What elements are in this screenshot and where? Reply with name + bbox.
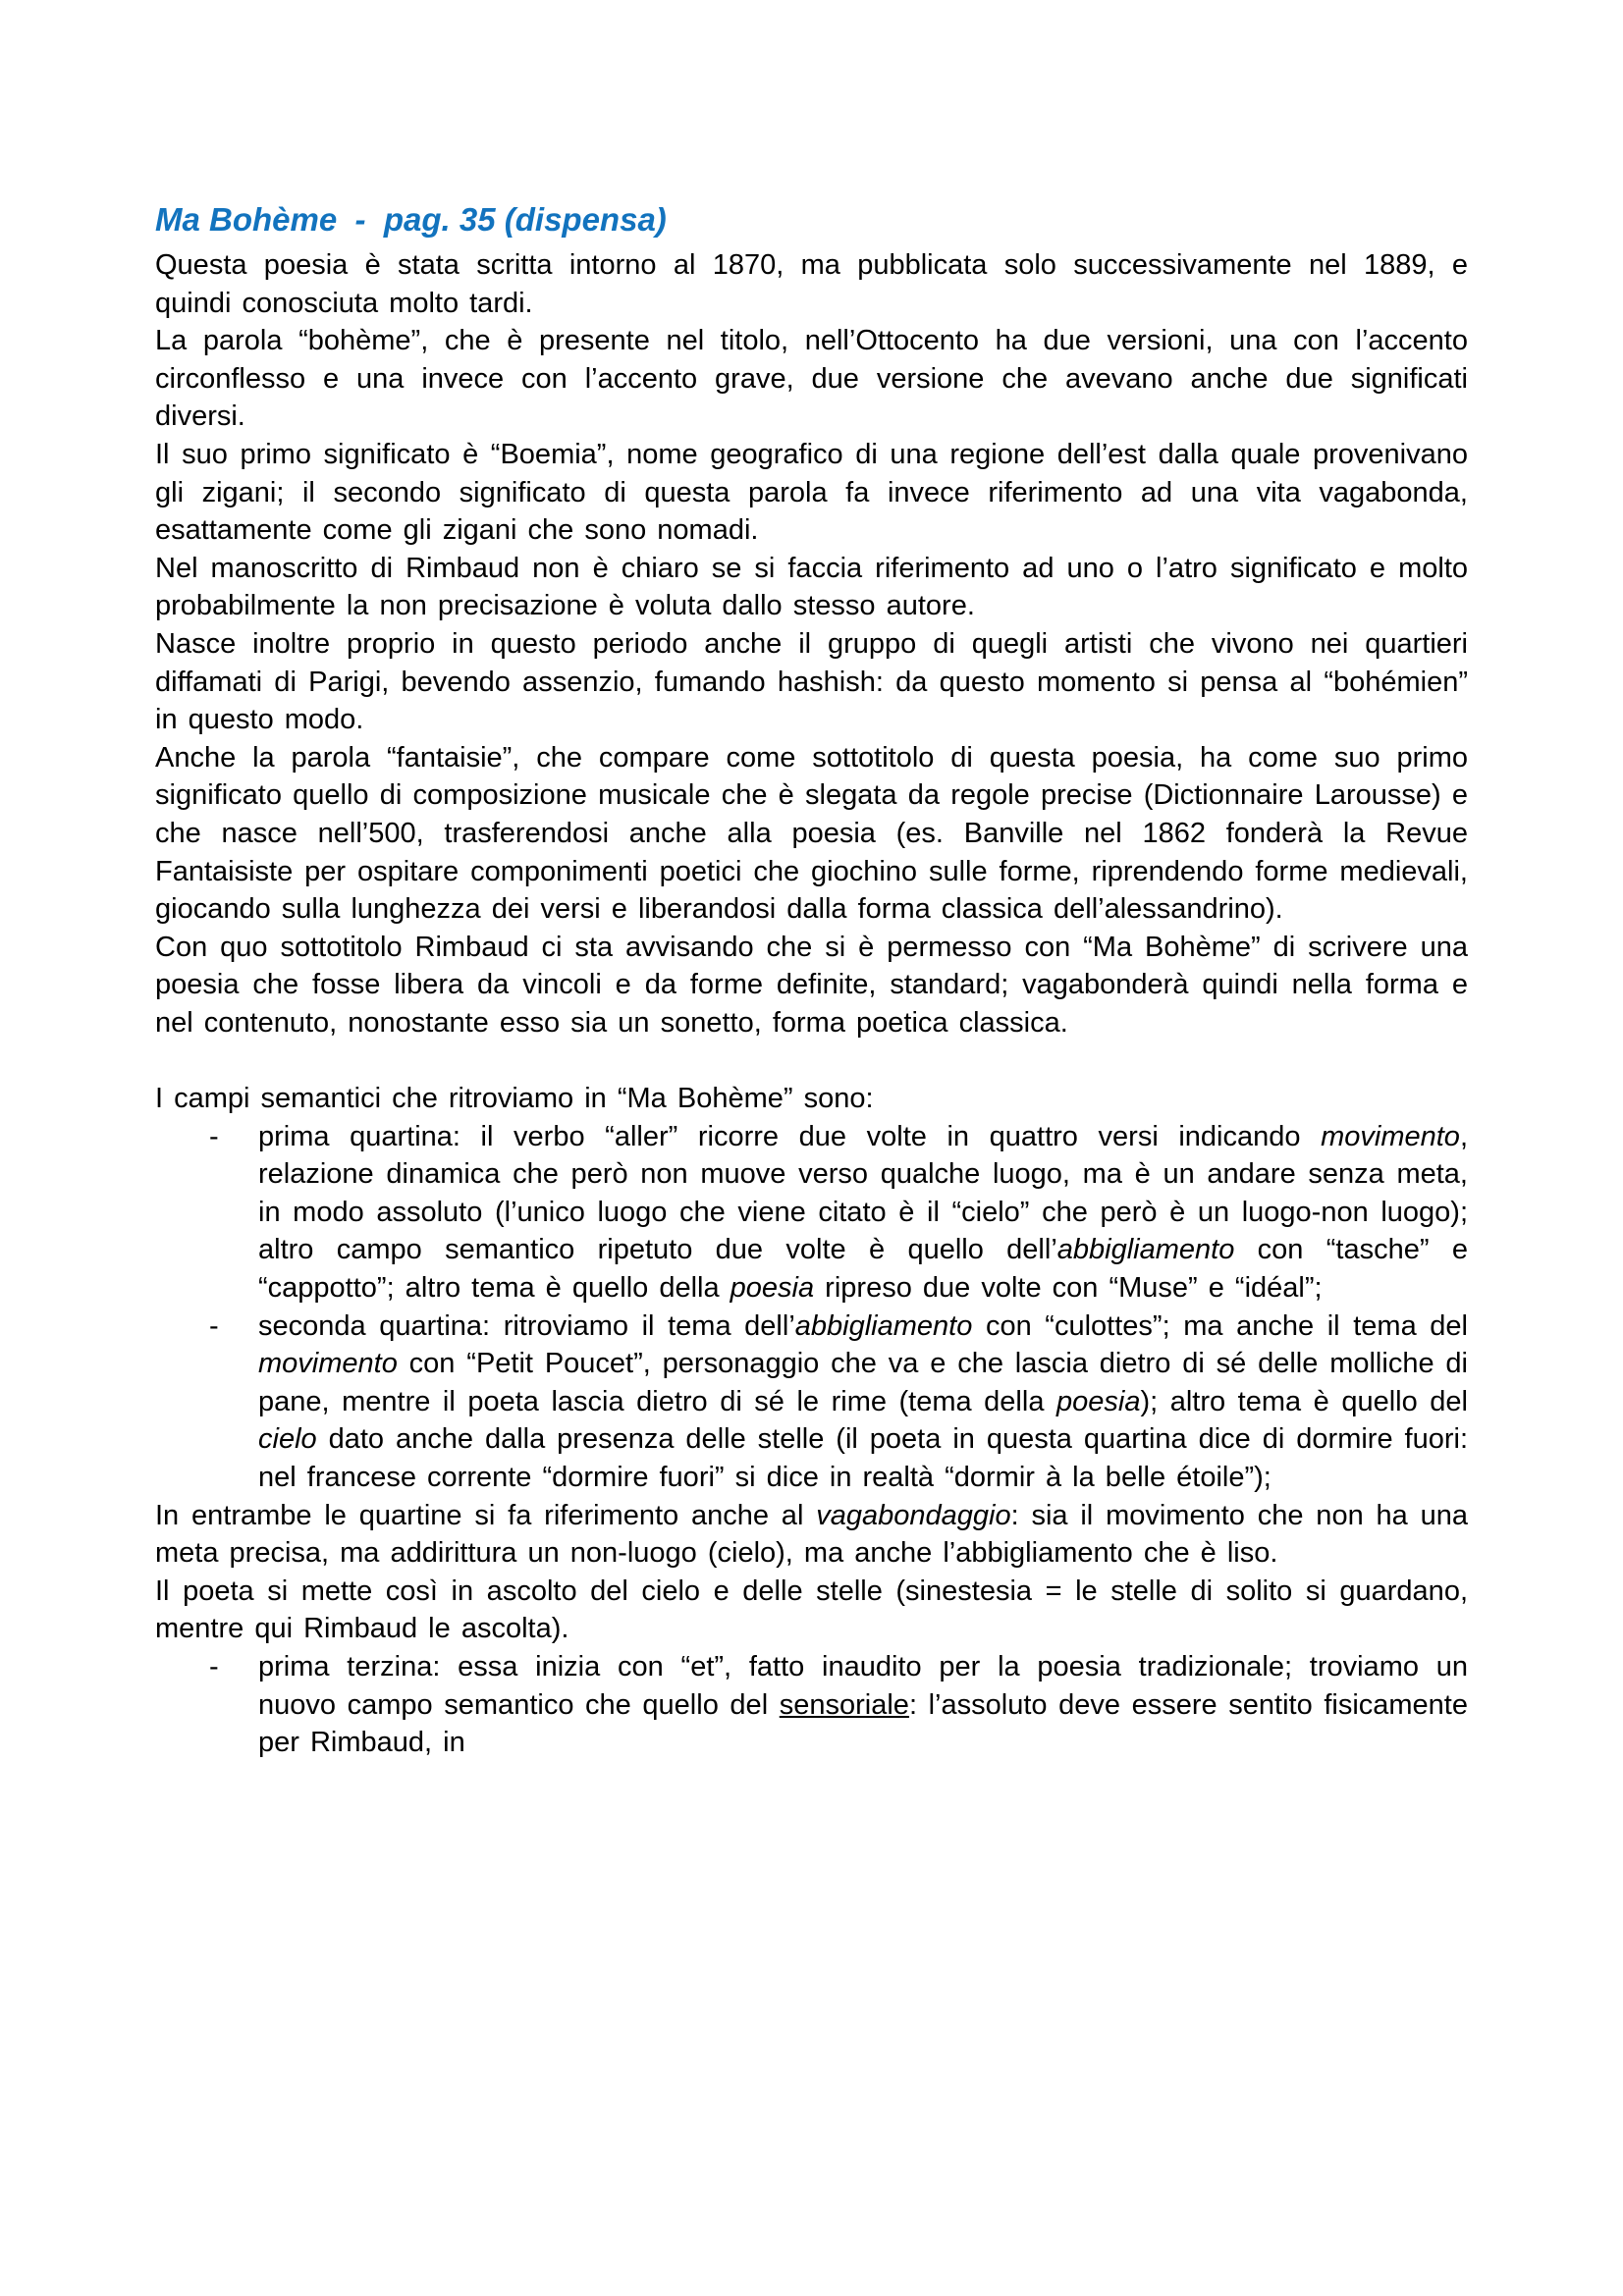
italic-text: movimento xyxy=(1321,1121,1460,1152)
list-item: -seconda quartina: ritroviamo il tema de… xyxy=(155,1308,1468,1497)
text-run: Nasce inoltre proprio in questo periodo … xyxy=(155,628,1468,735)
paragraph: Questa poesia è stata scritta intorno al… xyxy=(155,246,1468,322)
document-body: Questa poesia è stata scritta intorno al… xyxy=(155,246,1468,1762)
text-run: prima quartina: il verbo “aller” ricorre… xyxy=(258,1121,1321,1152)
paragraph: Nel manoscritto di Rimbaud non è chiaro … xyxy=(155,550,1468,625)
bullet-dash: - xyxy=(209,1648,219,1686)
text-run: Anche la parola “fantaisie”, che compare… xyxy=(155,742,1468,925)
text-run: seconda quartina: ritroviamo il tema del… xyxy=(258,1310,795,1342)
italic-text: abbigliamento xyxy=(1057,1234,1235,1265)
page-title: Ma Bohème - pag. 35 (dispensa) xyxy=(155,196,1468,243)
blank-line xyxy=(155,1041,1468,1080)
text-run: La parola “bohème”, che è presente nel t… xyxy=(155,325,1468,432)
paragraph: Il suo primo significato è “Boemia”, nom… xyxy=(155,436,1468,550)
bullet-dash: - xyxy=(209,1118,219,1156)
list-item: -prima quartina: il verbo “aller” ricorr… xyxy=(155,1118,1468,1308)
italic-text: vagabondaggio xyxy=(816,1500,1010,1531)
italic-text: cielo xyxy=(258,1423,317,1455)
paragraph: Il poeta si mette così in ascolto del ci… xyxy=(155,1573,1468,1648)
paragraph: Nasce inoltre proprio in questo periodo … xyxy=(155,625,1468,739)
text-run: Il suo primo significato è “Boemia”, nom… xyxy=(155,439,1468,546)
text-run: Nel manoscritto di Rimbaud non è chiaro … xyxy=(155,553,1468,622)
italic-text: poesia xyxy=(1056,1386,1140,1417)
text-run: Con quo sottotitolo Rimbaud ci sta avvis… xyxy=(155,932,1468,1039)
paragraph: Anche la parola “fantaisie”, che compare… xyxy=(155,739,1468,929)
italic-text: movimento xyxy=(258,1348,398,1379)
bullet-dash: - xyxy=(209,1308,219,1346)
text-run: dato anche dalla presenza delle stelle (… xyxy=(258,1423,1468,1493)
text-run: ); altro tema è quello del xyxy=(1140,1386,1468,1417)
text-run: Il poeta si mette così in ascolto del ci… xyxy=(155,1575,1468,1645)
italic-text: poesia xyxy=(730,1272,814,1304)
list-item: -prima terzina: essa inizia con “et”, fa… xyxy=(155,1648,1468,1762)
italic-text: abbigliamento xyxy=(795,1310,973,1342)
document-content: Ma Bohème - pag. 35 (dispensa) Questa po… xyxy=(155,196,1468,1762)
text-run: In entrambe le quartine si fa riferiment… xyxy=(155,1500,816,1531)
paragraph: In entrambe le quartine si fa riferiment… xyxy=(155,1497,1468,1573)
paragraph: La parola “bohème”, che è presente nel t… xyxy=(155,322,1468,436)
text-run: ripreso due volte con “Muse” e “idéal”; xyxy=(814,1272,1322,1304)
document-page: Ma Bohème - pag. 35 (dispensa) Questa po… xyxy=(0,0,1623,2296)
underlined-text: sensoriale xyxy=(780,1689,909,1721)
text-run: Questa poesia è stata scritta intorno al… xyxy=(155,249,1468,319)
text-run: con “culottes”; ma anche il tema del xyxy=(972,1310,1468,1342)
paragraph: I campi semantici che ritroviamo in “Ma … xyxy=(155,1080,1468,1118)
text-run: I campi semantici che ritroviamo in “Ma … xyxy=(155,1083,874,1114)
paragraph: Con quo sottotitolo Rimbaud ci sta avvis… xyxy=(155,929,1468,1042)
